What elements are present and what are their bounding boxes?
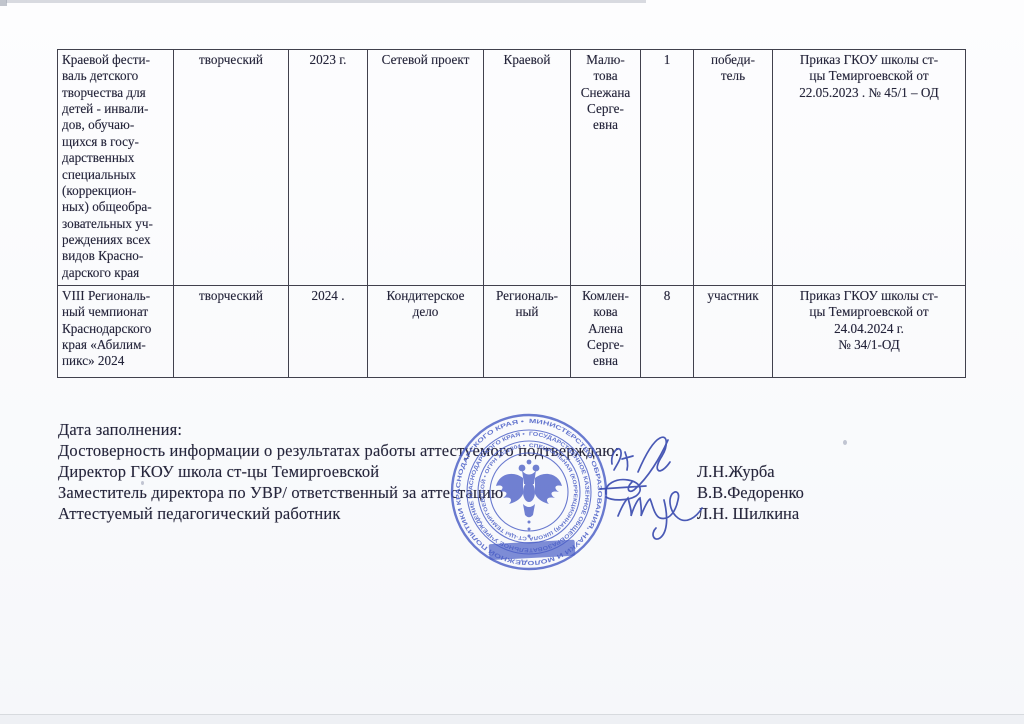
signature-director (612, 437, 670, 491)
cell-category: творческий (174, 286, 289, 378)
cell-nomination: Кондитерское дело (368, 286, 484, 378)
scan-speck (843, 440, 847, 445)
cell-event-name: Краевой фести- валь детского творчества … (58, 50, 174, 286)
cell-count: 1 (641, 50, 694, 286)
handwritten-signatures (590, 425, 720, 550)
cell-order-reference: Приказ ГКОУ школы ст- цы Темиргоевской о… (773, 50, 966, 286)
cell-year: 2024 . (289, 286, 368, 378)
signature-deputy (600, 480, 646, 500)
cell-count: 8 (641, 286, 694, 378)
scan-edge-artifact-top (6, 0, 646, 3)
cell-level: Краевой (484, 50, 571, 286)
double-headed-eagle-emblem (489, 460, 576, 561)
table-row: VIII Региональ- ный чемпионат Краснодарс… (58, 286, 966, 378)
scanned-document-page: Краевой фести- валь детского творчества … (0, 0, 1024, 724)
cell-nomination: Сетевой проект (368, 50, 484, 286)
cell-participant: Комлен- кова Алена Серге- евна (571, 286, 641, 378)
cell-level: Региональ- ный (484, 286, 571, 378)
cell-result: участник (694, 286, 773, 378)
cell-year: 2023 г. (289, 50, 368, 286)
scan-edge-artifact-bottom (0, 714, 1024, 724)
cell-result: победи- тель (694, 50, 773, 286)
cell-category: творческий (174, 50, 289, 286)
cell-order-reference: Приказ ГКОУ школы ст- цы Темиргоевской о… (773, 286, 966, 378)
scan-edge-artifact-corner (0, 0, 7, 6)
table-row: Краевой фести- валь детского творчества … (58, 50, 966, 286)
cell-participant: Малю- това Снежана Серге- евна (571, 50, 641, 286)
achievements-table: Краевой фести- валь детского творчества … (57, 49, 966, 378)
cell-event-name: VIII Региональ- ный чемпионат Краснодарс… (58, 286, 174, 378)
scan-speck (141, 481, 144, 485)
